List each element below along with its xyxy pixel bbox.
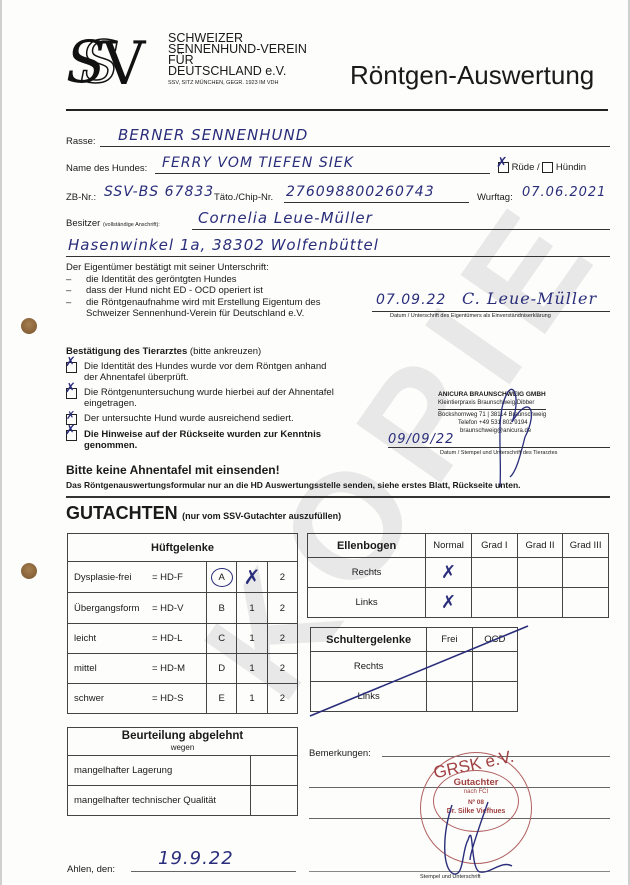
- owner-signature[interactable]: C. Leue-Müller: [462, 289, 597, 308]
- circle-mark-icon: [211, 568, 233, 587]
- elbow-table: Ellenbogen Normal Grad I Grad II Grad II…: [307, 533, 609, 618]
- elbow-grade3-cell[interactable]: [563, 588, 609, 618]
- dog-name-label: Name des Hundes:: [66, 163, 147, 174]
- vet-sign-caption: Datum / Stempel und Unterschrift des Tie…: [440, 450, 557, 456]
- rejected-row: mangelhafter Lagerung: [68, 756, 298, 786]
- hip-row: schwer= HD-S E 1 2: [68, 684, 298, 714]
- owner-confirm-block: Der Eigentümer bestätigt mit seiner Unte…: [66, 262, 336, 320]
- hip-grade-cell[interactable]: D: [207, 654, 237, 684]
- punch-hole-icon: [21, 563, 37, 579]
- owner-sign-caption: Datum / Unterschrift des Eigentümers als…: [390, 313, 551, 319]
- hip-row: Übergangsform= HD-V B 1 2: [68, 593, 298, 624]
- cross-mark-icon: ✗: [441, 592, 456, 613]
- page-title: Röntgen-Auswertung: [350, 60, 594, 91]
- punch-hole-icon: [21, 318, 37, 334]
- rejected-checkbox-cell[interactable]: [251, 756, 298, 786]
- zb-label: ZB-Nr.:: [66, 192, 96, 203]
- elbow-normal-cell[interactable]: ✗: [426, 588, 472, 618]
- wurftag-value[interactable]: 07.06.2021: [522, 185, 606, 200]
- vet-check-item: ✗ Die Identität des Hundes wurde vor dem…: [66, 361, 336, 383]
- vet-check-item: ✗ Der untersuchte Hund wurde ausreichend…: [66, 413, 336, 425]
- vet-checkbox[interactable]: ✗: [66, 430, 77, 441]
- zb-value[interactable]: SSV-BS 67833: [104, 184, 214, 200]
- chip-label: Täto./Chip-Nr.: [214, 192, 273, 203]
- hip-sub1-cell[interactable]: 1: [237, 684, 268, 714]
- vet-check-item: ✗ Die Röntgenuntersuchung wurde hierbei …: [66, 387, 336, 409]
- besitzer-label: Besitzer (vollständige Anschrift):: [66, 218, 160, 229]
- svg-text:V: V: [101, 32, 147, 88]
- vet-checklist: ✗ Die Identität des Hundes wurde vor dem…: [66, 361, 336, 451]
- page-edge-left: [0, 0, 2, 885]
- elbow-grade2-cell[interactable]: [517, 558, 563, 588]
- elbow-row: Rechts ✗: [308, 558, 609, 588]
- chip-line: [284, 202, 469, 203]
- dog-name-line: [155, 173, 490, 174]
- cross-mark-icon: ✗: [244, 565, 261, 589]
- sex-selector: ✗ Rüde / Hündin: [498, 162, 586, 173]
- owner-confirm-item: –die Identität des geröntgten Hundes: [66, 274, 336, 286]
- hip-sub2-cell[interactable]: 2: [267, 562, 297, 593]
- hip-sub1-cell[interactable]: ✗: [237, 562, 268, 593]
- vet-checkbox[interactable]: ✗: [66, 388, 77, 399]
- expert-signature[interactable]: [440, 800, 530, 880]
- hip-table: Hüftgelenke Dysplasie-frei= HD-F A ✗ 2 Ü…: [67, 533, 298, 714]
- chip-value[interactable]: 276098800260743: [286, 184, 435, 200]
- rasse-value[interactable]: BERNER SENNENHUND: [118, 126, 308, 144]
- hip-header: Hüftgelenke: [68, 534, 298, 562]
- female-checkbox[interactable]: [542, 162, 553, 173]
- hip-row: mittel= HD-M D 1 2: [68, 654, 298, 684]
- vet-heading: Bestätigung des Tierarztes (bitte ankreu…: [66, 346, 261, 357]
- org-name: SCHWEIZER SENNENHUND-VEREIN FÜR DEUTSCHL…: [168, 33, 307, 89]
- elbow-grade1-cell[interactable]: [471, 558, 517, 588]
- vet-signature[interactable]: [480, 382, 540, 492]
- elbow-grade3-cell[interactable]: [563, 558, 609, 588]
- notice-line2: Das Röntgenauswertungsformular nur an di…: [66, 480, 521, 490]
- address-line: [66, 256, 610, 257]
- strike-through-line: [308, 622, 530, 718]
- hip-sub2-cell[interactable]: 2: [267, 624, 297, 654]
- address-value[interactable]: Hasenwinkel 1a, 38302 Wolfenbüttel: [68, 236, 379, 254]
- hip-sub2-cell[interactable]: 2: [267, 684, 297, 714]
- place-label: Ahlen, den:: [67, 864, 115, 875]
- hip-sub2-cell[interactable]: 2: [267, 593, 297, 624]
- vet-checkbox[interactable]: ✗: [66, 362, 77, 373]
- gutachten-heading: GUTACHTEN (nur vom SSV-Gutachter auszufü…: [66, 503, 341, 524]
- owner-confirm-item: –dass der Hund nicht ED - OCD operiert i…: [66, 285, 336, 297]
- notice-line1: Bitte keine Ahnentafel mit einsenden!: [66, 463, 280, 477]
- wurftag-label: Wurftag:: [477, 192, 513, 203]
- rejected-table: Beurteilung abgelehnt wegen mangelhafter…: [67, 727, 298, 816]
- hip-grade-cell[interactable]: E: [207, 684, 237, 714]
- rejected-checkbox-cell[interactable]: [251, 786, 298, 816]
- place-date-line: [131, 871, 296, 872]
- hip-sub1-cell[interactable]: 1: [237, 654, 268, 684]
- owner-confirm-item: –die Röntgenaufnahme wird mit Erstellung…: [66, 297, 336, 320]
- besitzer-line: [192, 229, 610, 230]
- form-page: KOPIE S S V SCHWEIZER SENNENHUND-VEREIN …: [0, 0, 630, 885]
- hip-sub2-cell[interactable]: 2: [267, 654, 297, 684]
- vet-check-item: ✗ Die Hinweise auf der Rückseite wurden …: [66, 429, 336, 451]
- notice-divider: [66, 496, 610, 498]
- cross-mark-icon: ✗: [441, 562, 456, 583]
- hip-grade-cell[interactable]: B: [207, 593, 237, 624]
- remarks-label: Bemerkungen:: [309, 748, 371, 759]
- hip-grade-cell[interactable]: A: [207, 562, 237, 593]
- hip-row: Dysplasie-frei= HD-F A ✗ 2: [68, 562, 298, 593]
- rejected-row: mangelhafter technischer Qualität: [68, 786, 298, 816]
- hip-sub1-cell[interactable]: 1: [237, 593, 268, 624]
- male-checkbox[interactable]: ✗: [498, 162, 509, 173]
- hip-sub1-cell[interactable]: 1: [237, 624, 268, 654]
- elbow-normal-cell[interactable]: ✗: [426, 558, 472, 588]
- dog-name-value[interactable]: FERRY VOM TIEFEN SIEK: [162, 155, 354, 171]
- vet-date[interactable]: 09/09/22: [388, 432, 454, 447]
- rasse-label: Rasse:: [66, 136, 96, 147]
- besitzer-value[interactable]: Cornelia Leue-Müller: [198, 209, 373, 227]
- vet-sign-line: [388, 447, 610, 448]
- rasse-line: [100, 146, 610, 147]
- hip-grade-cell[interactable]: C: [207, 624, 237, 654]
- elbow-header: Ellenbogen: [308, 534, 426, 558]
- elbow-row: Links ✗: [308, 588, 609, 618]
- ssv-logo-icon: S S V: [66, 32, 156, 88]
- place-date[interactable]: 19.9.22: [158, 848, 234, 869]
- elbow-grade1-cell[interactable]: [471, 588, 517, 618]
- header-divider: [66, 109, 608, 111]
- owner-sign-line: [372, 311, 610, 312]
- owner-date[interactable]: 07.09.22: [376, 292, 446, 308]
- hip-row: leicht= HD-L C 1 2: [68, 624, 298, 654]
- elbow-grade2-cell[interactable]: [517, 588, 563, 618]
